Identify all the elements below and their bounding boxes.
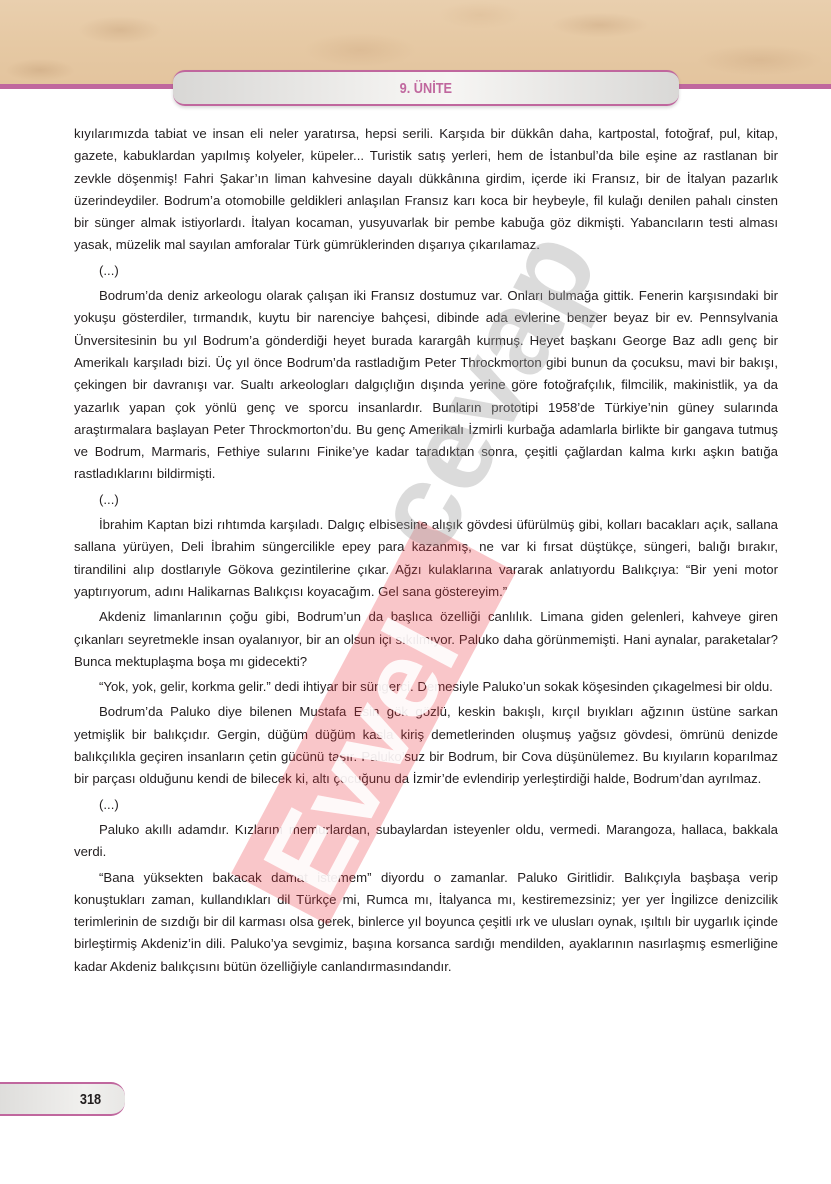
paragraph: kıyılarımızda tabiat ve insan eli neler … [74,123,778,257]
unit-banner: 9. ÜNİTE [173,70,679,106]
paragraph: “Bana yüksekten bakacak damat istemem” d… [74,867,778,978]
page-number: 318 [80,1091,101,1108]
paragraph: Akdeniz limanlarının çoğu gibi, Bodrum’u… [74,606,778,673]
paragraph: Bodrum’da Paluko diye bilenen Mustafa Es… [74,701,778,790]
ellipsis-paragraph: (...) [74,794,778,816]
ellipsis-paragraph: (...) [74,260,778,282]
page-number-tab: 318 [0,1082,125,1116]
paragraph: “Yok, yok, gelir, korkma gelir.” dedi ih… [74,676,778,698]
paragraph: İbrahim Kaptan bizi rıhtımda karşıladı. … [74,514,778,603]
paragraph: Bodrum’da deniz arkeologu olarak çalışan… [74,285,778,486]
body-text: kıyılarımızda tabiat ve insan eli neler … [74,123,778,981]
paragraph: Paluko akıllı adamdır. Kızlarını memurla… [74,819,778,864]
ellipsis-paragraph: (...) [74,489,778,511]
unit-title: 9. ÜNİTE [400,80,452,97]
